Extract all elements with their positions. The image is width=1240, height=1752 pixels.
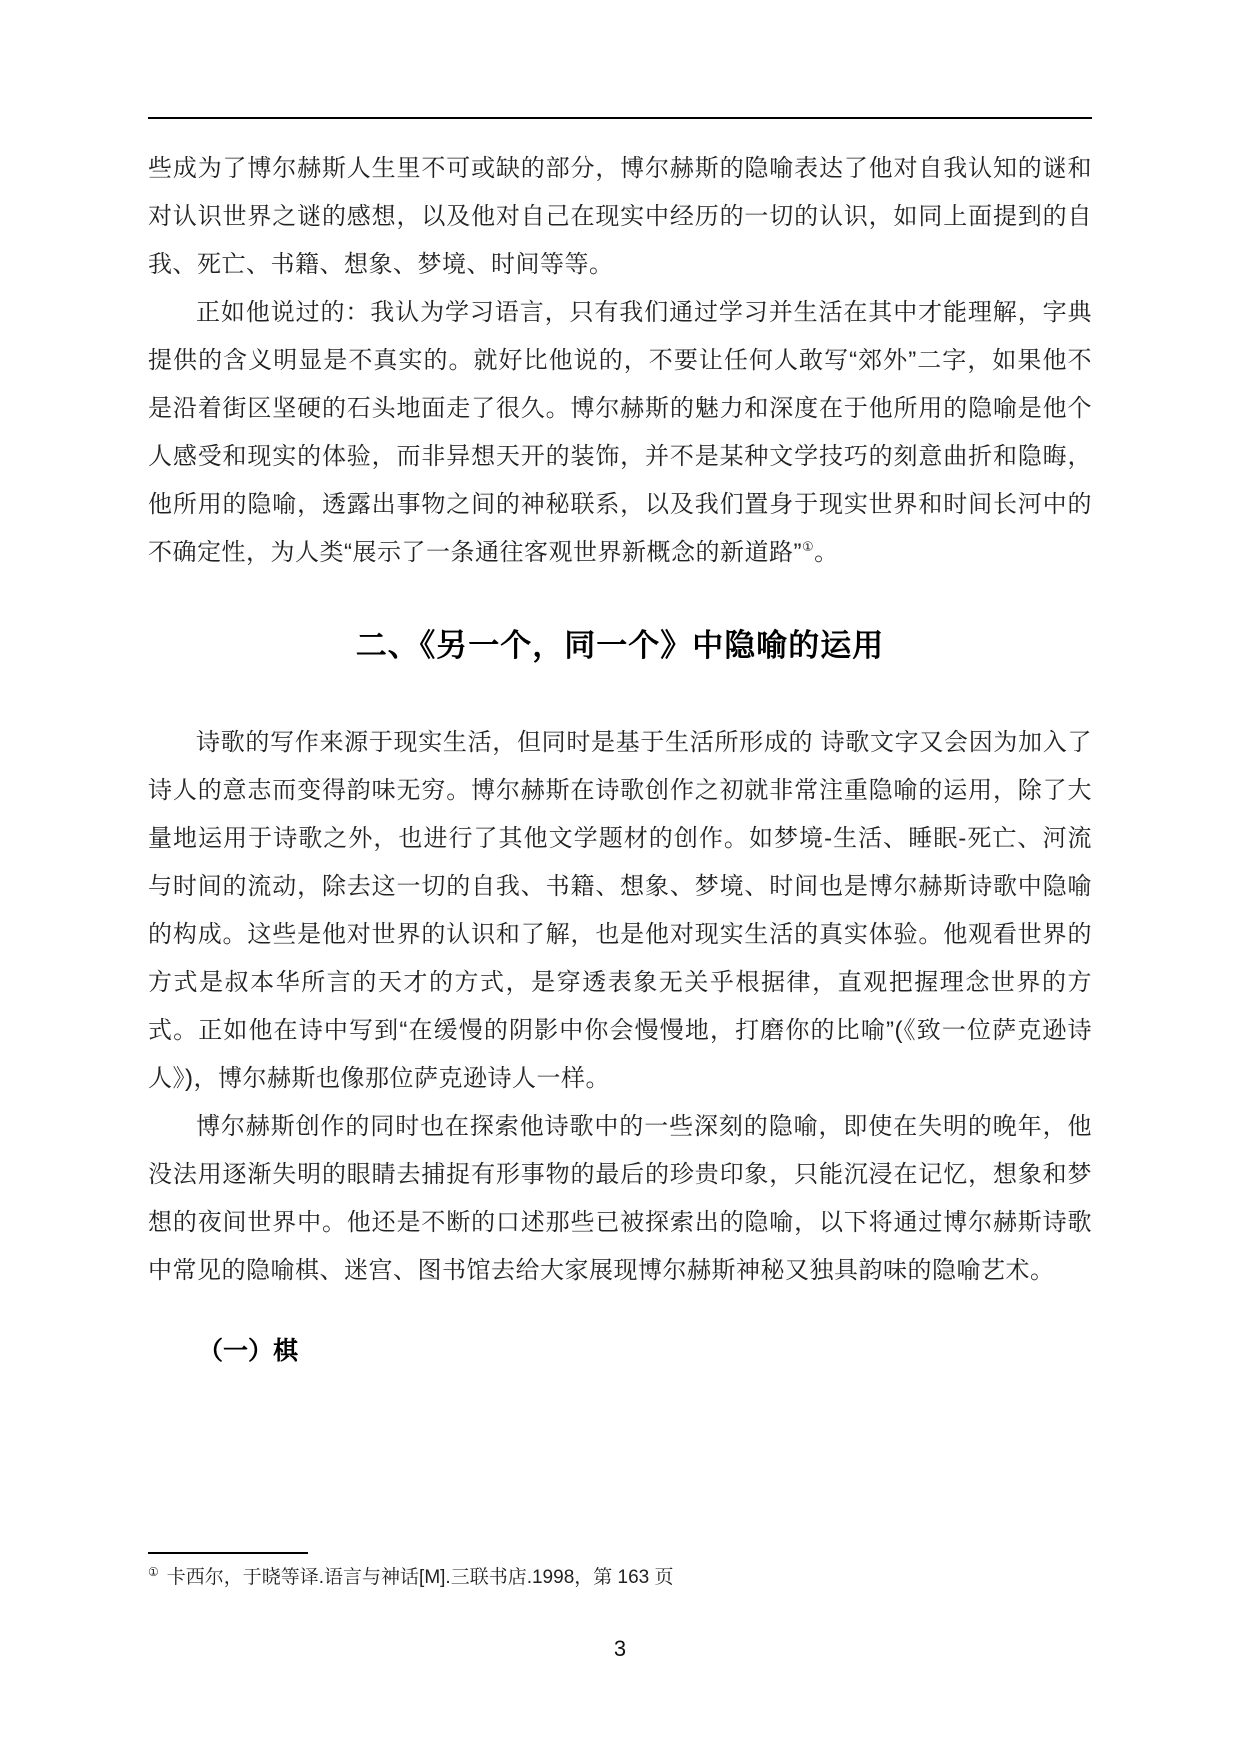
paragraph-text: 正如他说过的：我认为学习语言，只有我们通过学习并生活在其中才能理解，字典提供的含… [148,299,1092,566]
footnote: ①卡西尔，于晓等译.语言与神话[M].三联书店.1998，第 163 页 [148,1564,1092,1592]
paragraph-blindness: 博尔赫斯创作的同时也在探索他诗歌中的一些深刻的隐喻，即使在失明的晚年，他没法用逐… [148,1103,1092,1295]
paragraph-poetry-metaphor: 诗歌的写作来源于现实生活，但同时是基于生活所形成的 诗歌文字又会因为加入了诗人的… [148,719,1092,1103]
paragraph-text-end: 。 [814,539,839,566]
footnote-text: 卡西尔，于晓等译.语言与神话[M].三联书店.1998，第 163 页 [167,1567,674,1588]
paragraph-continuation: 些成为了博尔赫斯人生里不可或缺的部分，博尔赫斯的隐喻表达了他对自我认知的谜和对认… [148,145,1092,289]
footnote-block: ①卡西尔，于晓等译.语言与神话[M].三联书店.1998，第 163 页 [148,1552,1092,1592]
document-page: 些成为了博尔赫斯人生里不可或缺的部分，博尔赫斯的隐喻表达了他对自我认知的谜和对认… [0,0,1240,1752]
page-number: 3 [0,1636,1240,1662]
header-rule [148,117,1092,119]
subsection-heading-chess: （一）棋 [148,1327,1092,1375]
paragraph-quote-language: 正如他说过的：我认为学习语言，只有我们通过学习并生活在其中才能理解，字典提供的含… [148,289,1092,577]
section-heading: 二、《另一个，同一个》中隐喻的运用 [148,621,1092,671]
document-body: 些成为了博尔赫斯人生里不可或缺的部分，博尔赫斯的隐喻表达了他对自我认知的谜和对认… [148,145,1092,1375]
footnote-reference-1: ① [802,539,814,554]
footnote-separator [148,1552,308,1554]
footnote-marker: ① [148,1565,159,1579]
